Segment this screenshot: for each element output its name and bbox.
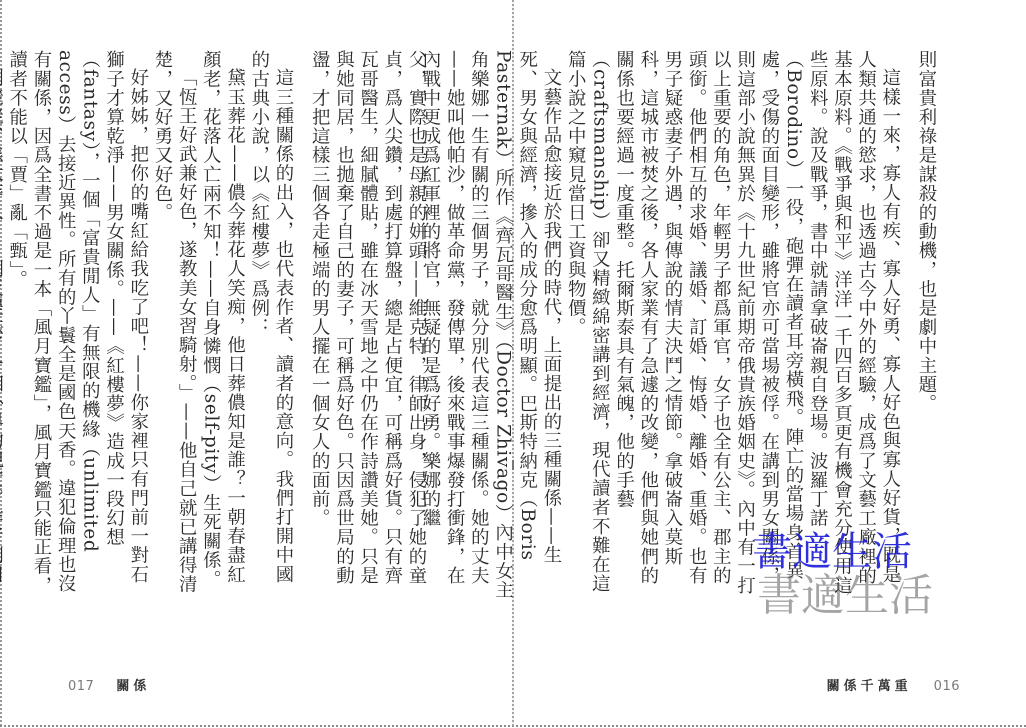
- running-head: 關係: [116, 675, 150, 694]
- paragraph: 「恆王好武兼好色，遂教美女習騎射。」——他自己就已講得清楚，又好勇又好色。: [150, 50, 198, 602]
- paragraph: 黛玉葬花——儂今葬花人笑痴，他日葬儂知是誰？一朝春盡紅顏老，花落人亡兩不知！——…: [198, 50, 246, 602]
- watermark-shadow: 書適生活: [757, 574, 933, 618]
- running-head: 關係千萬重: [827, 675, 912, 694]
- paragraph: 這三種關係的出入，也代表作者、讀者的意向。我們打開中國的古典小說，以《紅樓夢》爲…: [247, 50, 295, 602]
- paragraph: 劉姥姥、焦大等人——倒反提供了一個外界的現實。作者利用一般人好貨的心理，造成一座…: [0, 50, 5, 602]
- paragraph: 則富貴利祿是謀殺的動機，也是劇中主題。: [914, 50, 938, 602]
- paragraph: 好姊姊，把你的嘴紅給我吃了吧！——你家裡只有門前一對石獅子才算乾淨——男女關係。…: [5, 50, 150, 602]
- page-number: 016: [934, 679, 960, 694]
- body-text-vertical: 父，實際也是母親的姘頭——維克特，律師出身，侵犯了她的童貞，爲人尖鑽，到處打算盤…: [68, 50, 428, 602]
- paragraph: 文藝作品愈接近於我們的時代，上面提出的三種關係——生死、男女與經濟，摻入的成分愈…: [418, 50, 563, 602]
- body-text-vertical: 則富貴利祿是謀殺的動機，也是劇中主題。 這樣一來，寡人有疾、寡人好勇、寡人好色與…: [590, 50, 950, 602]
- page-footer: 關係千萬重 016: [827, 675, 960, 694]
- page-footer: 017 關係: [68, 675, 150, 694]
- watermark: 書適生活: [752, 532, 912, 572]
- paragraph: 這樣一來，寡人有疾、寡人好勇、寡人好色與寡人好貨，既是人類共通的慾求，也透過古今…: [563, 50, 902, 602]
- paragraph: 父，實際也是母親的姘頭——維克特，律師出身，侵犯了她的童貞，爲人尖鑽，到處打算盤…: [307, 50, 428, 602]
- page-number: 017: [68, 679, 94, 694]
